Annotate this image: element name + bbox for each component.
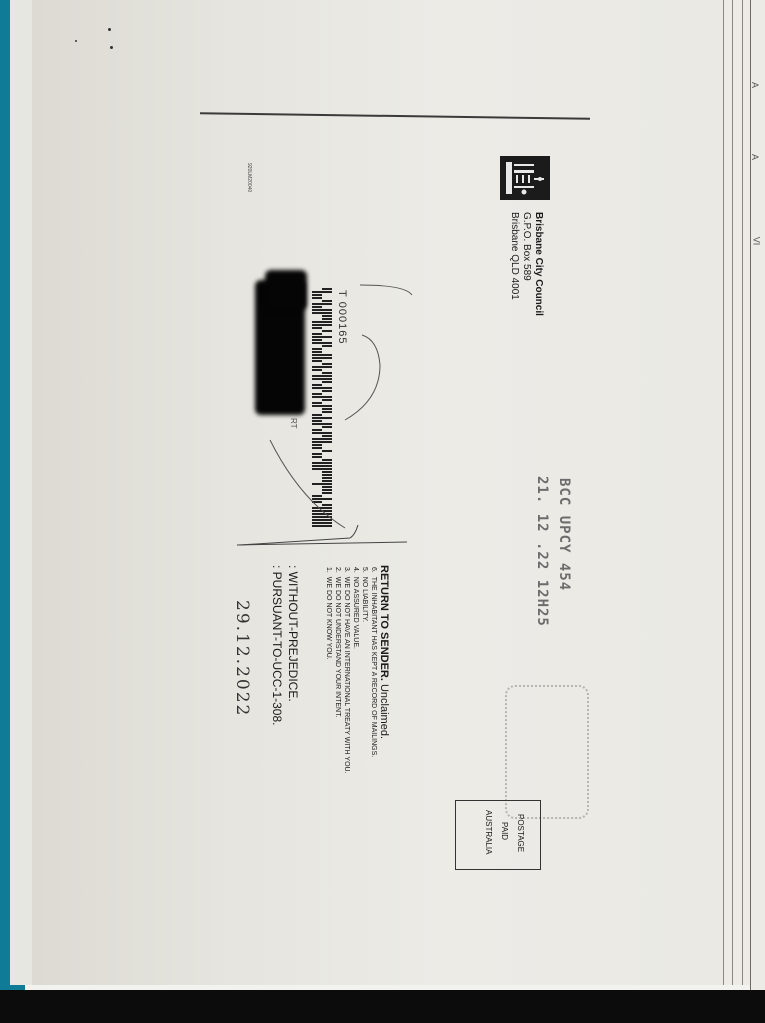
reference-code: 920LM20040 <box>246 163 252 192</box>
postage-label: POSTAGE <box>514 814 526 852</box>
city-hall-crest-icon <box>500 156 550 200</box>
return-reasons-list: 1. We do not know you.2. We do not under… <box>324 567 378 774</box>
page-mark: A <box>750 154 760 160</box>
return-reason-item: 6. The inhabitant has kept a record of m… <box>369 567 378 774</box>
return-reason-item: 4. No assured value. <box>351 567 360 774</box>
page-mark: A <box>750 82 760 88</box>
speck <box>110 46 113 49</box>
return-reason-item: 5. No liability. <box>360 567 369 774</box>
bottom-bar <box>0 990 765 1023</box>
faded-stamp <box>505 685 589 819</box>
sender-city: Brisbane QLD 4001 <box>509 212 520 300</box>
return-reason-item: 3. We do not have an international treat… <box>342 567 351 774</box>
return-reason-item: 2. We do not understand your intent. <box>333 567 342 774</box>
postage-label: AUSTRALIA <box>482 810 494 854</box>
sender-po-box: G.P.O. Box 589 <box>521 212 532 281</box>
handwritten-date: 29.12.2022 <box>232 600 252 717</box>
return-to-sender-heading: RETURN TO SENDER. Unclaimed. <box>378 565 390 739</box>
sender-address: Brisbane City Council G.P.O. Box 589 Bri… <box>508 212 544 316</box>
postage-label: PAID <box>498 822 510 840</box>
postmark-line-1: BCC UPCY 454 <box>556 478 572 591</box>
speck <box>75 40 77 42</box>
return-reason-item: 1. We do not know you. <box>324 567 333 774</box>
without-prejudice-line: : WITHOUT-PREJEDICE. <box>286 565 300 702</box>
speck <box>108 28 111 31</box>
pursuant-ucc-line: : PURSUANT-TO-UCC-1-308. <box>270 565 284 725</box>
page-mark: VI <box>751 237 761 246</box>
postmark-line-2: 21. 12 .22 12H25 <box>534 476 550 627</box>
sender-name: Brisbane City Council <box>533 212 544 316</box>
paper-stack-right-edge: A A VI <box>720 0 765 990</box>
pen-loop-mark <box>230 280 420 550</box>
